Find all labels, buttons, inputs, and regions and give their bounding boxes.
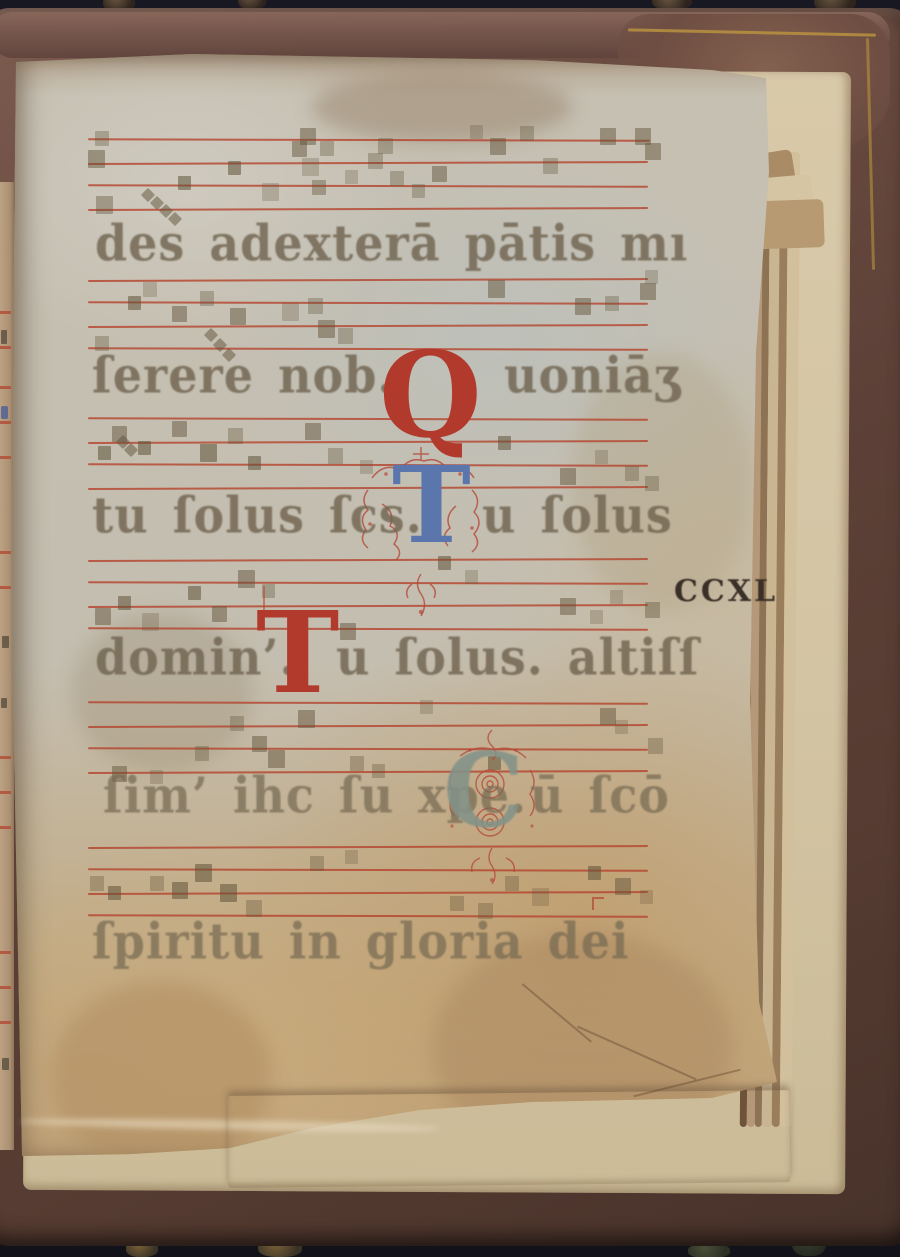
neume-note bbox=[368, 153, 383, 169]
neume-note bbox=[95, 131, 109, 146]
neume-note bbox=[282, 303, 299, 321]
neume-note bbox=[498, 436, 511, 450]
neume-note bbox=[238, 570, 255, 588]
neume-note bbox=[543, 158, 558, 174]
neume-note bbox=[450, 896, 464, 911]
gutter-staff-line-stub bbox=[0, 386, 11, 389]
facing-page-sliver bbox=[0, 182, 14, 1150]
neume-note bbox=[195, 864, 212, 882]
neume-note bbox=[640, 890, 653, 904]
chant-text-line: u ſolus. altiſſ bbox=[336, 628, 699, 686]
gutter-staff-line-stub bbox=[0, 791, 11, 794]
neume-note bbox=[118, 596, 131, 610]
gutter-staff-line-stub bbox=[0, 421, 11, 424]
chant-text-line: tu ſolus ſcs. bbox=[92, 486, 423, 544]
paper-repair-slip bbox=[228, 1090, 791, 1188]
neume-note bbox=[648, 738, 663, 754]
neume-note bbox=[345, 850, 358, 864]
gutter-staff-line-stub bbox=[0, 311, 11, 314]
neume-note bbox=[310, 856, 324, 871]
neume-note bbox=[645, 143, 661, 160]
gutter-ink-mark bbox=[2, 1058, 9, 1070]
neume-note bbox=[560, 468, 576, 485]
neume-note bbox=[172, 306, 187, 322]
neume-note bbox=[98, 446, 111, 460]
chant-text-line: u ſolus bbox=[482, 486, 673, 544]
neume-note bbox=[595, 450, 608, 464]
gutter-staff-line-stub bbox=[0, 951, 11, 954]
red-initial-Q: Q bbox=[379, 336, 482, 454]
neume-note bbox=[320, 141, 334, 156]
gutter-staff-line-stub bbox=[0, 1021, 11, 1024]
chant-text-line: ſpiritu in gloria dei bbox=[92, 912, 630, 970]
neume-note bbox=[605, 296, 619, 311]
gutter-staff-line-stub bbox=[0, 551, 11, 554]
gutter-staff-line-stub bbox=[0, 586, 11, 589]
neume-note bbox=[600, 708, 616, 725]
neume-note bbox=[312, 180, 326, 195]
gutter-staff-line-stub bbox=[0, 456, 11, 459]
gutter-staff-line-stub bbox=[0, 826, 11, 829]
chant-text-line: ū ſcō bbox=[530, 766, 670, 824]
neume-note bbox=[302, 158, 319, 176]
neume-note bbox=[172, 421, 187, 437]
neume-note bbox=[318, 320, 335, 338]
neume-note bbox=[230, 716, 244, 731]
gutter-staff-line-stub bbox=[0, 346, 11, 349]
neume-note bbox=[645, 602, 660, 618]
neume-note bbox=[625, 466, 639, 481]
neume-note bbox=[432, 166, 447, 182]
neume-note bbox=[420, 700, 433, 714]
manuscript-photo-scene: des adexterā pātis mı ſerere nob. Q uoni… bbox=[0, 0, 900, 1257]
neume-note bbox=[600, 128, 616, 145]
neume-note bbox=[128, 296, 141, 310]
red-initial-T: T bbox=[256, 598, 339, 710]
neume-note bbox=[90, 876, 104, 891]
neume-note bbox=[575, 298, 591, 315]
neume-note bbox=[228, 428, 243, 444]
gutter-ink-mark bbox=[1, 330, 7, 344]
gutter-staff-line-stub bbox=[0, 986, 11, 989]
neume-note bbox=[590, 610, 603, 624]
neume-note bbox=[200, 444, 217, 462]
neume-note bbox=[328, 448, 343, 464]
neume-note bbox=[532, 888, 549, 906]
neume-note bbox=[305, 423, 321, 440]
custos-mark bbox=[592, 897, 604, 910]
neume-note bbox=[195, 746, 209, 761]
neume-note bbox=[490, 138, 506, 155]
neume-note bbox=[88, 150, 105, 168]
neume-note bbox=[488, 280, 505, 298]
neume-note bbox=[230, 308, 246, 325]
gutter-blue-initial-fragment bbox=[1, 406, 8, 419]
blue-initial-T: T bbox=[392, 452, 471, 558]
gutter-staff-line-stub bbox=[0, 756, 11, 759]
neume-note bbox=[345, 170, 358, 184]
neume-note bbox=[252, 736, 267, 752]
neume-note bbox=[150, 876, 164, 891]
neume-note bbox=[143, 282, 157, 297]
neume-note bbox=[138, 441, 151, 455]
neume-note bbox=[640, 283, 656, 300]
neume-note bbox=[178, 176, 191, 190]
neume-note bbox=[378, 138, 393, 154]
neume-note bbox=[95, 608, 111, 625]
chant-text-line: uoniāʒ bbox=[504, 346, 681, 404]
neume-note bbox=[615, 720, 628, 734]
neume-note bbox=[412, 184, 425, 198]
neume-note bbox=[108, 886, 121, 900]
neume-note bbox=[200, 291, 214, 306]
neume-note bbox=[588, 866, 601, 880]
neume-note bbox=[212, 606, 227, 622]
neume-note bbox=[615, 878, 631, 895]
neume-note bbox=[172, 882, 188, 899]
neume-note bbox=[228, 161, 241, 175]
neume-note bbox=[96, 196, 113, 214]
gutter-ink-mark bbox=[1, 698, 7, 708]
neume-note bbox=[610, 590, 623, 604]
chant-text-line: des adexterā pātis mı bbox=[95, 214, 688, 272]
teal-initial-C: C bbox=[443, 740, 524, 842]
neume-note bbox=[520, 126, 534, 141]
neume-note bbox=[338, 328, 353, 344]
neume-note bbox=[220, 884, 237, 902]
neume-note bbox=[470, 125, 483, 139]
folio-number: CCXL bbox=[674, 574, 778, 609]
chant-text-line: ſerere nob. bbox=[92, 346, 394, 404]
neume-note bbox=[248, 456, 261, 470]
neume-note bbox=[560, 598, 576, 615]
neume-note bbox=[300, 128, 316, 145]
neume-note bbox=[262, 183, 279, 201]
neume-note bbox=[308, 298, 323, 314]
gutter-ink-mark bbox=[2, 636, 9, 648]
neume-note bbox=[390, 171, 404, 186]
neume-note bbox=[188, 586, 201, 600]
